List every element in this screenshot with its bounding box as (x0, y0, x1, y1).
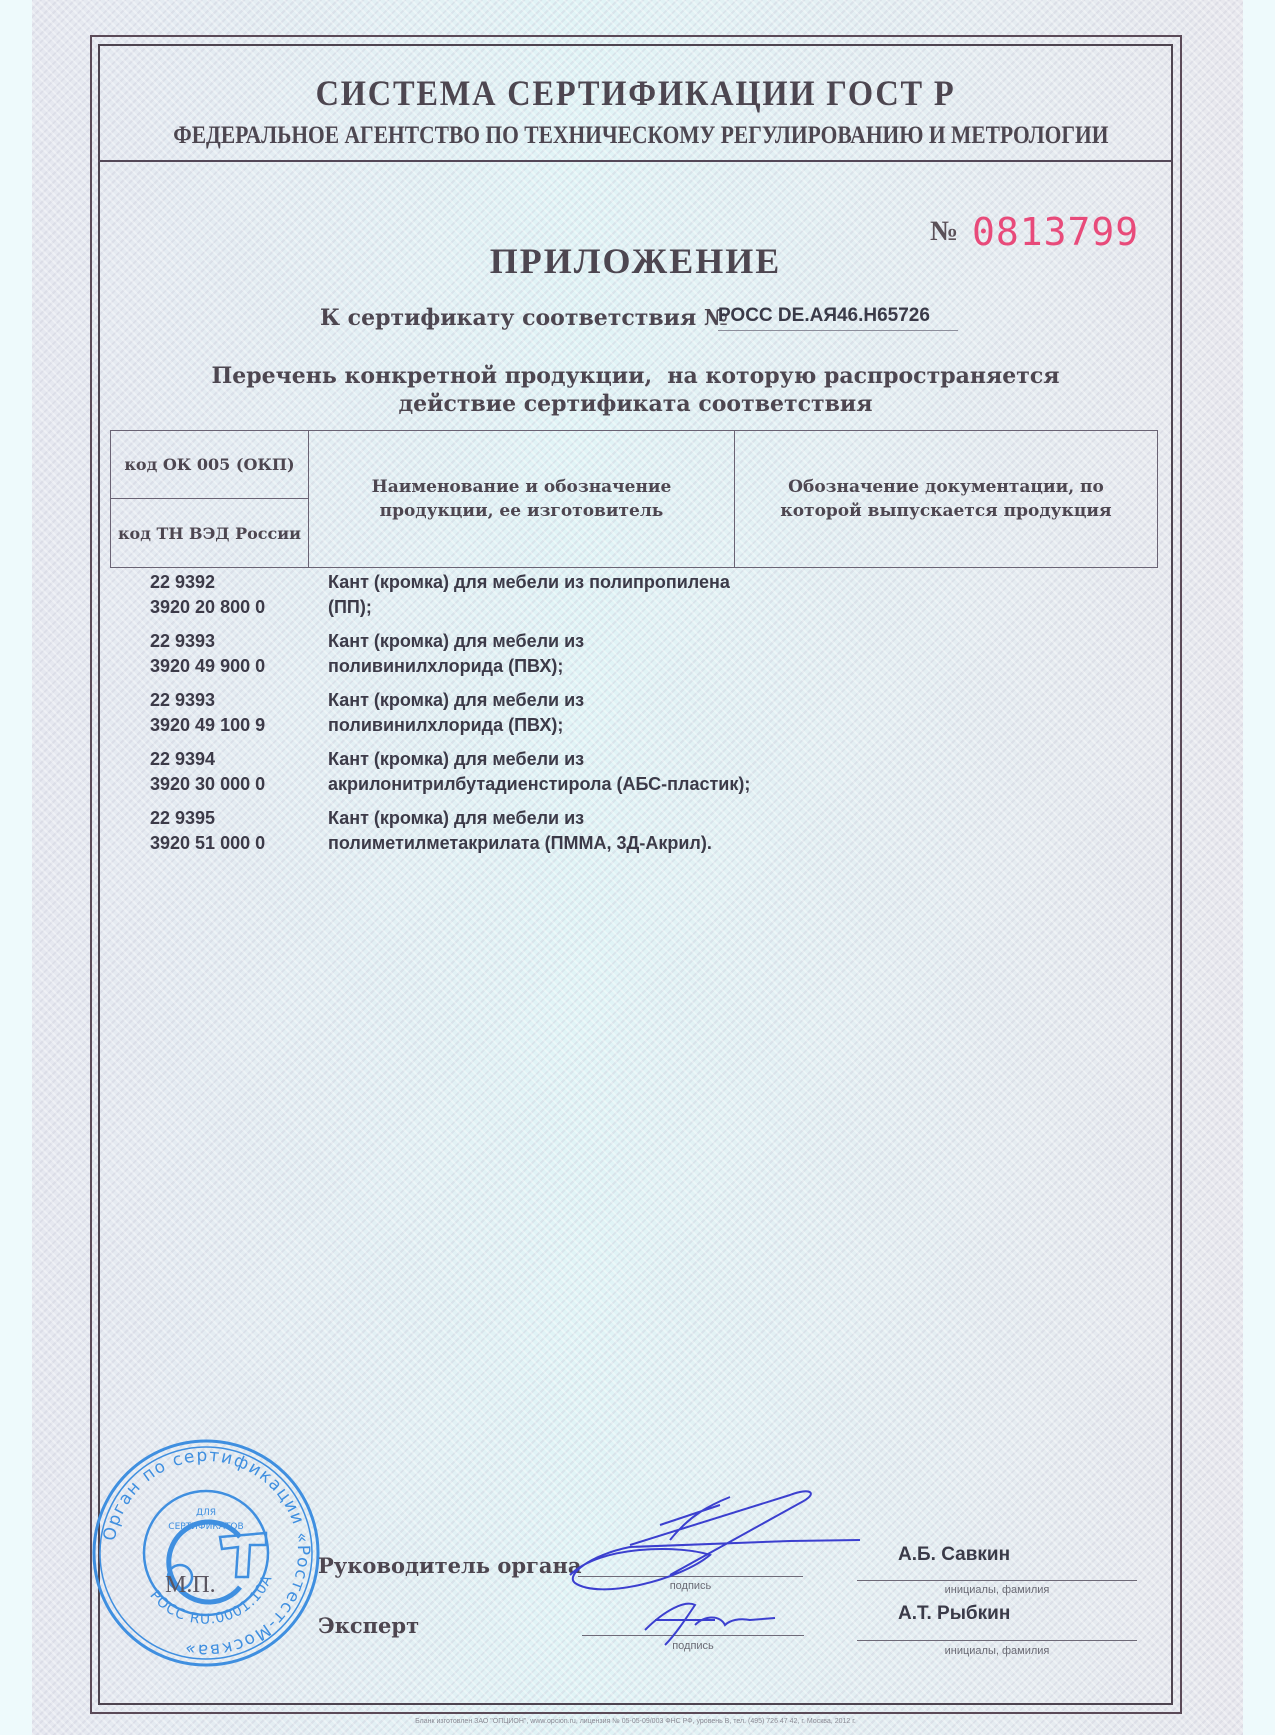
header-documentation-text: Обозначение документации, по которой вып… (776, 475, 1116, 523)
head-signature-icon (560, 1485, 870, 1605)
svg-text:ДЛЯ: ДЛЯ (196, 1508, 216, 1518)
code-okp: 22 9395 (150, 806, 328, 831)
head-name-line (857, 1580, 1137, 1581)
product-name: Кант (кромка) для мебели из полипропилен… (328, 570, 1050, 629)
certificate-ref-value: РОСС DE.АЯ46.Н65726 (718, 305, 958, 331)
expert-name-line (857, 1640, 1137, 1641)
certification-stamp-icon: Орган по сертификации «Ростест-Москва» Р… (90, 1437, 322, 1669)
system-title: СИСТЕМА СЕРТИФИКАЦИИ ГОСТ Р (152, 72, 1120, 114)
header-divider (98, 160, 1173, 162)
row-codes: 22 9395 3920 51 000 0 (150, 806, 328, 865)
table-row: 22 9394 3920 30 000 0 Кант (кромка) для … (150, 747, 1050, 806)
row-codes: 22 9393 3920 49 900 0 (150, 629, 328, 688)
table-row: 22 9393 3920 49 900 0 Кант (кромка) для … (150, 629, 1050, 688)
seal-place-label: М.П. (165, 1572, 216, 1599)
certificate-ref-label: К сертификату соответствия № (320, 305, 728, 331)
header-product-name-text: Наименование и обозначение продукции, ее… (372, 475, 672, 523)
list-title: Перечень конкретной продукции, на котору… (98, 362, 1173, 418)
list-title-line1: Перечень конкретной продукции, на котору… (98, 362, 1173, 390)
header-product-name: Наименование и обозначение продукции, ее… (309, 431, 735, 567)
header-code-okp: код ОК 005 (ОКП) (111, 431, 308, 499)
code-tnved: 3920 30 000 0 (150, 772, 328, 797)
table-row: 22 9392 3920 20 800 0 Кант (кромка) для … (150, 570, 1050, 629)
product-list: 22 9392 3920 20 800 0 Кант (кромка) для … (150, 570, 1050, 865)
product-name: Кант (кромка) для мебели из акрилонитрил… (328, 747, 1050, 806)
head-name: А.Б. Савкин (898, 1544, 1010, 1566)
head-label: Руководитель органа (318, 1553, 581, 1578)
svg-text:СЕРТИФИКАТОВ: СЕРТИФИКАТОВ (168, 1522, 243, 1532)
blank-manufacturer-footer: Бланк изготовлен ЗАО "ОПЦИОН", www.opcio… (98, 1718, 1173, 1725)
code-okp: 22 9393 (150, 688, 328, 713)
expert-name-caption: инициалы, фамилия (857, 1645, 1137, 1657)
code-tnved: 3920 49 100 9 (150, 713, 328, 738)
product-name: Кант (кромка) для мебели из полиметилмет… (328, 806, 1050, 865)
header-documentation: Обозначение документации, по которой вып… (735, 431, 1157, 567)
appendix-title: ПРИЛОЖЕНИЕ (98, 240, 1173, 282)
agency-title: ФЕДЕРАЛЬНОЕ АГЕНТСТВО ПО ТЕХНИЧЕСКОМУ РЕ… (173, 122, 1098, 150)
table-row: 22 9395 3920 51 000 0 Кант (кромка) для … (150, 806, 1050, 865)
row-codes: 22 9394 3920 30 000 0 (150, 747, 328, 806)
product-name: Кант (кромка) для мебели из поливинилхло… (328, 629, 1050, 688)
row-codes: 22 9392 3920 20 800 0 (150, 570, 328, 629)
expert-name: А.Т. Рыбкин (898, 1603, 1010, 1625)
table-row: 22 9393 3920 49 100 9 Кант (кромка) для … (150, 688, 1050, 747)
code-tnved: 3920 20 800 0 (150, 595, 328, 620)
expert-label: Эксперт (318, 1613, 419, 1638)
product-name: Кант (кромка) для мебели из поливинилхло… (328, 688, 1050, 747)
header-code-tnved: код ТН ВЭД России (111, 499, 308, 567)
code-okp: 22 9394 (150, 747, 328, 772)
code-tnved: 3920 49 900 0 (150, 654, 328, 679)
row-codes: 22 9393 3920 49 100 9 (150, 688, 328, 747)
code-okp: 22 9392 (150, 570, 328, 595)
expert-signature-icon (625, 1590, 785, 1650)
code-tnved: 3920 51 000 0 (150, 831, 328, 856)
head-name-caption: инициалы, фамилия (857, 1584, 1137, 1596)
header-codes-column: код ОК 005 (ОКП) код ТН ВЭД России (111, 431, 309, 567)
code-okp: 22 9393 (150, 629, 328, 654)
list-title-line2: действие сертификата соответствия (98, 390, 1173, 418)
table-header: код ОК 005 (ОКП) код ТН ВЭД России Наиме… (110, 430, 1158, 568)
